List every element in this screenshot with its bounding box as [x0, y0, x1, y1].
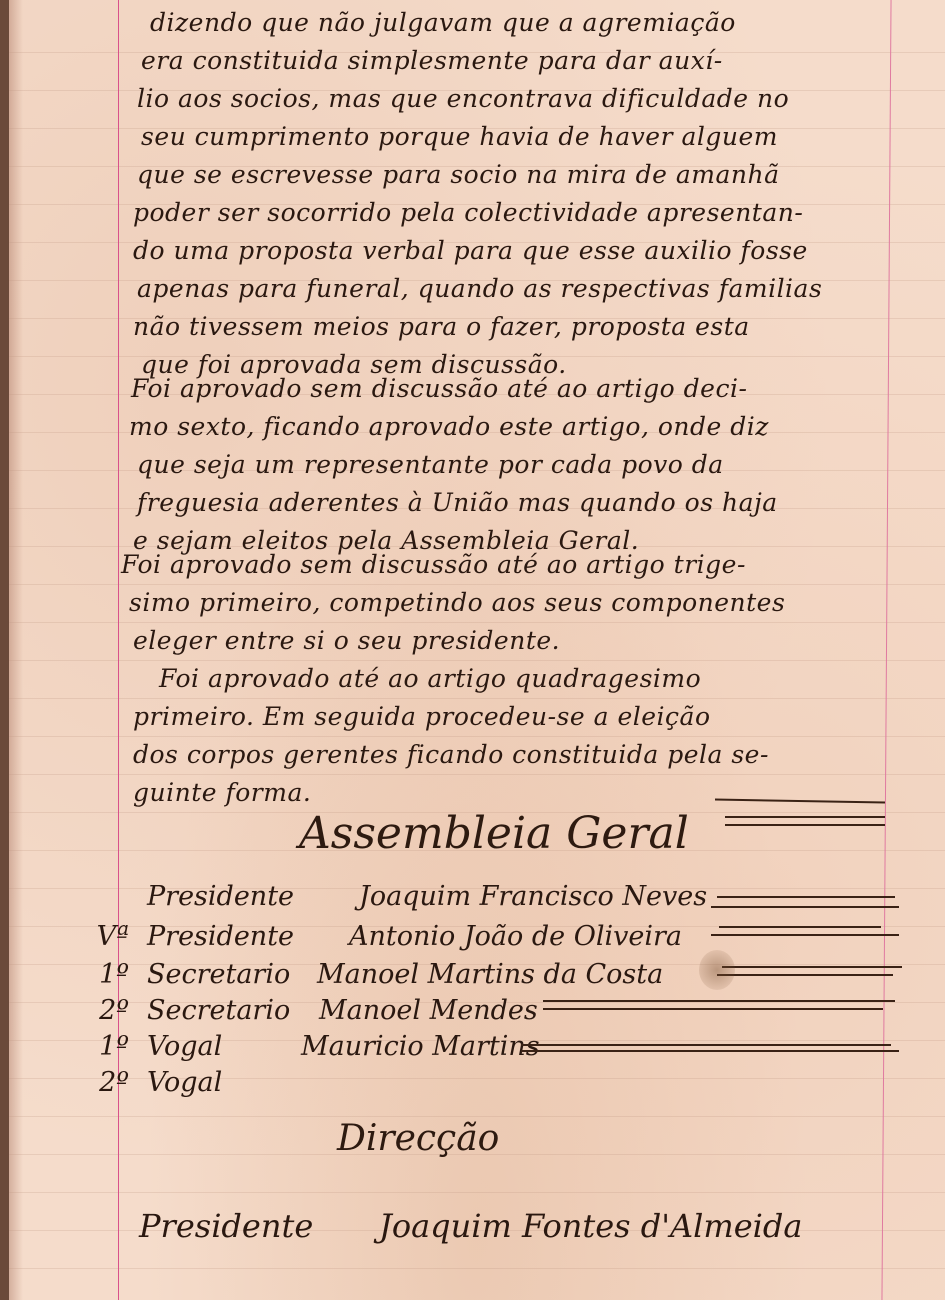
- body-line: do uma proposta verbal para que esse aux…: [133, 236, 883, 266]
- member-name: Joaquim Fontes d'Almeida: [379, 1206, 802, 1246]
- fill-line: [717, 896, 895, 898]
- body-line: poder ser socorrido pela colectividade a…: [133, 198, 883, 228]
- ruled-line: [9, 1116, 945, 1117]
- fill-line: [711, 934, 899, 936]
- member-ordinal: 1º: [69, 958, 129, 992]
- body-line: seu cumprimento porque havia de haver al…: [141, 122, 891, 152]
- body-line: guinte forma.: [133, 778, 883, 808]
- member-role: Vogal: [147, 1030, 222, 1064]
- ruled-line: [9, 698, 945, 699]
- body-line: Foi aprovado até ao artigo quadragesimo: [159, 664, 909, 694]
- member-name: Manoel Mendes: [319, 994, 538, 1028]
- ruled-line: [9, 1192, 945, 1193]
- member-role: Presidente: [147, 920, 294, 954]
- fill-line: [711, 906, 899, 908]
- body-line: lio aos socios, mas que encontrava dific…: [137, 84, 887, 114]
- fill-line: [521, 1050, 899, 1052]
- member-role: Secretario: [147, 958, 290, 992]
- member-ordinal: 1º: [69, 1030, 129, 1064]
- page-edge-shadow: [9, 0, 23, 1300]
- ruled-line: [9, 584, 945, 585]
- member-name: Manoel Martins da Costa: [317, 958, 663, 992]
- body-line: freguesia aderentes à União mas quando o…: [137, 488, 887, 518]
- fill-line: [543, 1008, 883, 1010]
- fill-line: [717, 974, 893, 976]
- body-line: simo primeiro, competindo aos seus compo…: [129, 588, 879, 618]
- member-ordinal: 2º: [69, 994, 129, 1028]
- body-line: apenas para funeral, quando as respectiv…: [137, 274, 887, 304]
- ruled-line: [9, 736, 945, 737]
- fill-line: [722, 966, 902, 968]
- heading-direccao: Direcção: [337, 1118, 499, 1159]
- ruled-line: [9, 622, 945, 623]
- heading-flourish-line: [725, 824, 885, 826]
- manuscript-page: dizendo que não julgavam que a agremiaçã…: [9, 0, 945, 1300]
- body-line: que seja um representante por cada povo …: [137, 450, 887, 480]
- body-line: Foi aprovado sem discussão até ao artigo…: [131, 374, 881, 404]
- member-ordinal: Vª: [69, 920, 129, 954]
- heading-flourish-line: [725, 816, 885, 818]
- member-role: Presidente: [147, 880, 294, 914]
- member-name: Antonio João de Oliveira: [349, 920, 682, 954]
- member-role: Secretario: [147, 994, 290, 1028]
- member-ordinal: 2º: [69, 1066, 129, 1100]
- body-line: dos corpos gerentes ficando constituida …: [133, 740, 883, 770]
- body-line: não tivessem meios para o fazer, propost…: [133, 312, 883, 342]
- member-role: Presidente: [139, 1206, 313, 1246]
- ruled-line: [9, 660, 945, 661]
- body-line: primeiro. Em seguida procedeu-se a eleiç…: [133, 702, 883, 732]
- member-name: Joaquim Francisco Neves: [359, 880, 707, 914]
- ruled-line: [9, 1268, 945, 1269]
- member-row: 2º Vogal: [69, 1066, 909, 1100]
- fill-line: [543, 1000, 895, 1002]
- body-line: que se escrevesse para socio na mira de …: [137, 160, 887, 190]
- body-line: dizendo que não julgavam que a agremiaçã…: [150, 8, 900, 38]
- body-line: eleger entre si o seu presidente.: [133, 626, 883, 656]
- fill-line: [719, 926, 881, 928]
- member-name: Mauricio Martins: [301, 1030, 540, 1064]
- body-line: mo sexto, ficando aprovado este artigo, …: [129, 412, 879, 442]
- fill-line: [521, 1044, 891, 1046]
- member-row: 1º Vogal Mauricio Martins: [69, 1030, 909, 1064]
- heading-assembleia-geral: Assembleia Geral: [299, 808, 689, 859]
- member-role: Vogal: [147, 1066, 222, 1100]
- body-line: Foi aprovado sem discussão até ao artigo…: [121, 550, 871, 580]
- ruled-line: [9, 774, 945, 775]
- body-line: era constituida simplesmente para dar au…: [141, 46, 891, 76]
- left-margin-line: [118, 0, 119, 1300]
- member-row: Presidente Joaquim Fontes d'Almeida: [69, 1206, 909, 1246]
- ink-stain: [699, 950, 735, 990]
